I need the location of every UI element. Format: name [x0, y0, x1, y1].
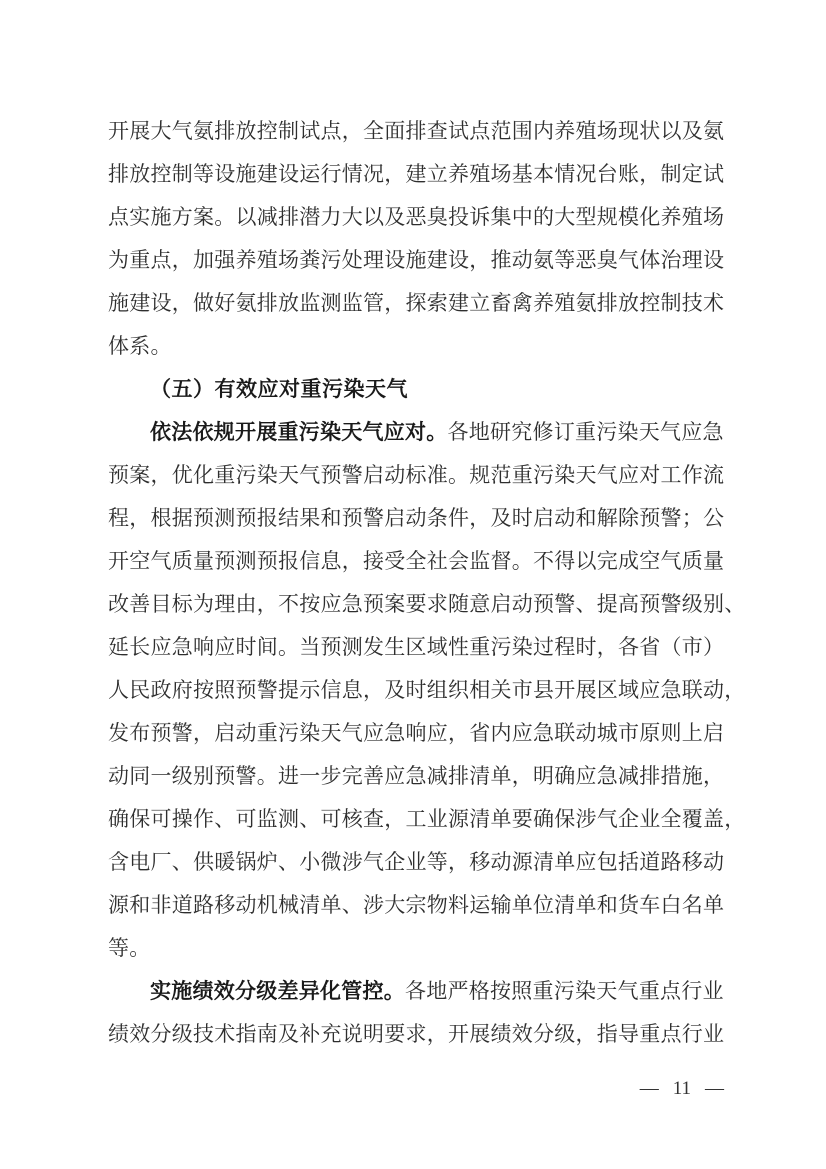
page-number-value: 11 [673, 1076, 691, 1102]
text-line: 改善目标为理由，不按应急预案要求随意启动预警、提高预警级别、 [108, 583, 724, 626]
page-number: — 11 — [640, 1076, 724, 1102]
text-line: 确保可操作、可监测、可核查，工业源清单要确保涉气企业全覆盖， [108, 798, 724, 841]
text-line: 发布预警，启动重污染天气应急响应，省内应急联动城市原则上启 [108, 712, 724, 755]
text-line: 等。 [108, 927, 724, 970]
text-line: 延长应急响应时间。当预测发生区域性重污染过程时，各省（市） [108, 626, 724, 669]
text-line: 开展大气氨排放控制试点，全面排查试点范围内养殖场现状以及氨 [108, 110, 724, 153]
paragraph-lead-rest: 各地研究修订重污染天气应急 [448, 420, 724, 444]
document-page: 开展大气氨排放控制试点，全面排查试点范围内养殖场现状以及氨 排放控制等设施建设运… [0, 0, 826, 1169]
text-line: 预案，优化重污染天气预警启动标准。规范重污染天气应对工作流 [108, 454, 724, 497]
page-number-dash-left: — [640, 1076, 659, 1102]
text-line: 开空气质量预测预报信息，接受全社会监督。不得以完成空气质量 [108, 540, 724, 583]
section-heading: （五）有效应对重污染天气 [108, 368, 724, 411]
text-line: 点实施方案。以减排潜力大以及恶臭投诉集中的大型规模化养殖场 [108, 196, 724, 239]
paragraph-lead-bold: 依法依规开展重污染天气应对。 [150, 420, 448, 444]
text-line: 排放控制等设施建设运行情况，建立养殖场基本情况台账，制定试 [108, 153, 724, 196]
text-line: 人民政府按照预警提示信息，及时组织相关市县开展区域应急联动， [108, 669, 724, 712]
text-line: 动同一级别预警。进一步完善应急减排清单，明确应急减排措施， [108, 755, 724, 798]
paragraph-lead-rest: 各地严格按照重污染天气重点行业 [405, 979, 724, 1003]
text-line: 含电厂、供暖锅炉、小微涉气企业等，移动源清单应包括道路移动 [108, 841, 724, 884]
text-line: 源和非道路移动机械清单、涉大宗物料运输单位清单和货车白名单 [108, 884, 724, 927]
text-line: 体系。 [108, 325, 724, 368]
paragraph-lead-line: 依法依规开展重污染天气应对。各地研究修订重污染天气应急 [108, 411, 724, 454]
page-number-dash-right: — [705, 1076, 724, 1102]
document-body: 开展大气氨排放控制试点，全面排查试点范围内养殖场现状以及氨 排放控制等设施建设运… [108, 110, 724, 1056]
paragraph-lead-line: 实施绩效分级差异化管控。各地严格按照重污染天气重点行业 [108, 970, 724, 1013]
text-line: 为重点，加强养殖场粪污处理设施建设，推动氨等恶臭气体治理设 [108, 239, 724, 282]
text-line: 程，根据预测预报结果和预警启动条件，及时启动和解除预警；公 [108, 497, 724, 540]
text-line: 绩效分级技术指南及补充说明要求，开展绩效分级，指导重点行业 [108, 1013, 724, 1056]
text-line: 施建设，做好氨排放监测监管，探索建立畜禽养殖氨排放控制技术 [108, 282, 724, 325]
paragraph-lead-bold: 实施绩效分级差异化管控。 [150, 979, 405, 1003]
